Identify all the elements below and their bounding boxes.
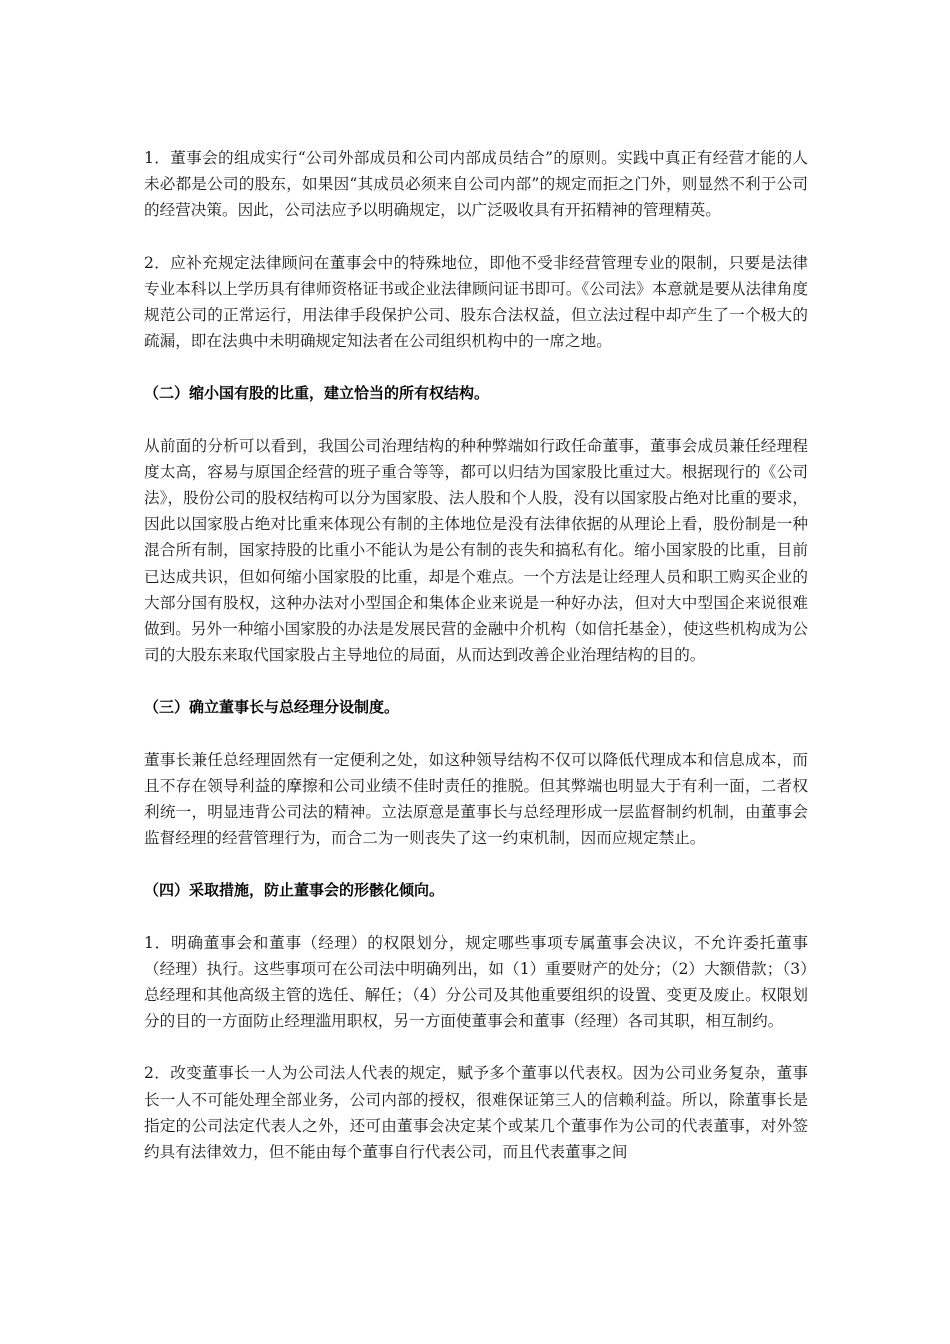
paragraph-legal-counsel: 2．应补充规定法律顾问在董事会中的特殊地位，即他不受非经营管理专业的限制，只要是…: [144, 250, 808, 355]
paragraph-chairman-ceo: 董事长兼任总经理固然有一定便利之处，如这种领导结构不仅可以降低代理成本和信息成本…: [144, 747, 808, 852]
section-heading-3: （三）确立董事长与总经理分设制度。: [144, 694, 808, 720]
paragraph-authority-division: 1．明确董事会和董事（经理）的权限划分，规定哪些事项专属董事会决议，不允许委托董…: [144, 930, 808, 1035]
paragraph-board-composition: 1．董事会的组成实行“公司外部成员和公司内部成员结合”的原则。实践中真正有经营才…: [144, 145, 808, 224]
paragraph-state-shares: 从前面的分析可以看到，我国公司治理结构的种种弊端如行政任命董事，董事会成员兼任经…: [144, 433, 808, 669]
paragraph-representative-directors: 2．改变董事长一人为公司法人代表的规定，赋予多个董事以代表权。因为公司业务复杂，…: [144, 1060, 808, 1165]
section-heading-2: （二）缩小国有股的比重，建立恰当的所有权结构。: [144, 380, 808, 406]
document-page: 1．董事会的组成实行“公司外部成员和公司内部成员结合”的原则。实践中真正有经营才…: [144, 145, 808, 1191]
section-heading-4: （四）采取措施，防止董事会的形骸化倾向。: [144, 877, 808, 903]
